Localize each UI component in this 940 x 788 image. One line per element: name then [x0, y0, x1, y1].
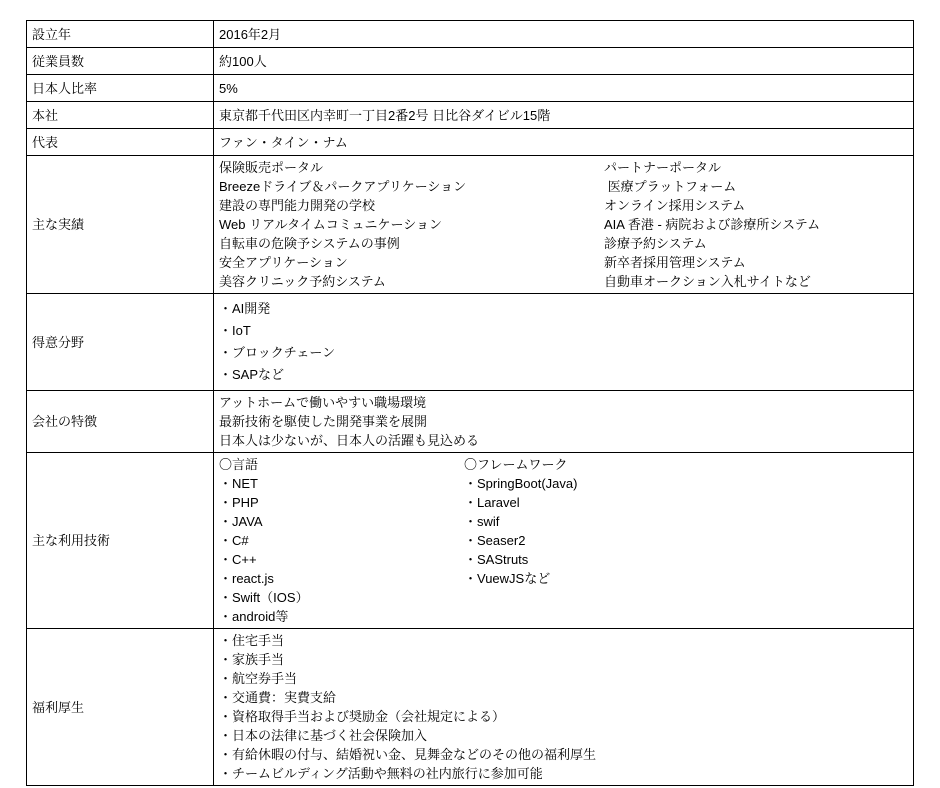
language-item: ・android等 [219, 607, 464, 626]
table-row-head-office: 本社 東京都千代田区内幸町一丁目2番2号 日比谷ダイビル15階 [27, 102, 914, 129]
framework-item: ・SpringBoot(Java) [464, 474, 909, 493]
language-item: ・react.js [219, 569, 464, 588]
framework-item: ・SAStruts [464, 550, 909, 569]
language-item: ・C# [219, 531, 464, 550]
table-row-founded-year: 設立年 2016年2月 [27, 21, 914, 48]
achievement-item: 自動車オークション入札サイトなど [604, 272, 909, 291]
table-row-japanese-ratio: 日本人比率 5% [27, 75, 914, 102]
language-item: ・NET [219, 474, 464, 493]
framework-item: ・swif [464, 512, 909, 531]
achievement-item: 美容クリニック予約システム [219, 272, 604, 291]
benefit-item: ・航空券手当 [219, 669, 909, 688]
achievement-item: オンライン採用システム [604, 196, 909, 215]
table-row-main-achievements: 主な実績 保険販売ポータル Breezeドライブ＆パークアプリケーション 建設の… [27, 156, 914, 294]
achievement-item: 診療予約システム [604, 234, 909, 253]
benefit-item: ・交通費：実費支給 [219, 688, 909, 707]
row-label-japanese-ratio: 日本人比率 [27, 75, 214, 102]
specialty-item: ・ブロックチェーン [219, 342, 909, 364]
achievement-item: 保険販売ポータル [219, 158, 604, 177]
achievement-item: Web リアルタイムコミュニケーション [219, 215, 604, 234]
benefit-item: ・家族手当 [219, 650, 909, 669]
specialty-item: ・IoT [219, 320, 909, 342]
feature-item: 日本人は少ないが、日本人の活躍も見込める [219, 431, 909, 450]
row-label-main-technologies: 主な利用技術 [27, 453, 214, 629]
achievements-column-left: 保険販売ポータル Breezeドライブ＆パークアプリケーション 建設の専門能力開… [219, 158, 604, 291]
achievements-column-right: パートナーポータル 医療プラットフォーム オンライン採用システム AIA 香港 … [604, 158, 909, 291]
company-profile-table: 設立年 2016年2月 従業員数 約100人 日本人比率 5% 本社 東京都千代… [26, 20, 914, 786]
benefit-item: ・有給休暇の付与、結婚祝い金、見舞金などのその他の福利厚生 [219, 745, 909, 764]
achievement-item: 安全アプリケーション [219, 253, 604, 272]
row-value-representative: ファン・タイン・ナム [214, 129, 914, 156]
benefit-item: ・日本の法律に基づく社会保険加入 [219, 726, 909, 745]
technologies-columns: 〇言語 ・NET ・PHP ・JAVA ・C# ・C++ ・react.js ・… [219, 455, 909, 626]
achievement-item: Breezeドライブ＆パークアプリケーション [219, 177, 604, 196]
row-value-japanese-ratio: 5% [214, 75, 914, 102]
table-row-specialty-fields: 得意分野 ・AI開発 ・IoT ・ブロックチェーン ・SAPなど [27, 294, 914, 391]
achievement-item: AIA 香港 - 病院および診療所システム [604, 215, 909, 234]
row-label-founded-year: 設立年 [27, 21, 214, 48]
specialty-item: ・SAPなど [219, 364, 909, 386]
benefit-item: ・住宅手当 [219, 631, 909, 650]
achievement-item: 新卒者採用管理システム [604, 253, 909, 272]
framework-item: ・VuewJSなど [464, 569, 909, 588]
languages-column: 〇言語 ・NET ・PHP ・JAVA ・C# ・C++ ・react.js ・… [219, 455, 464, 626]
row-value-company-features: アットホームで働いやすい職場環境 最新技術を駆使した開発事業を展開 日本人は少な… [214, 391, 914, 453]
row-label-employee-count: 従業員数 [27, 48, 214, 75]
table-row-welfare-benefits: 福利厚生 ・住宅手当 ・家族手当 ・航空券手当 ・交通費：実費支給 ・資格取得手… [27, 629, 914, 786]
company-profile: 設立年 2016年2月 従業員数 約100人 日本人比率 5% 本社 東京都千代… [26, 20, 914, 786]
table-row-employee-count: 従業員数 約100人 [27, 48, 914, 75]
benefit-item: ・チームビルディング活動や無料の社内旅行に参加可能 [219, 764, 909, 783]
achievement-item: 自転車の危険予システムの事例 [219, 234, 604, 253]
frameworks-column: 〇フレームワーク ・SpringBoot(Java) ・Laravel ・swi… [464, 455, 909, 588]
row-label-welfare-benefits: 福利厚生 [27, 629, 214, 786]
language-item: ・JAVA [219, 512, 464, 531]
row-value-specialty-fields: ・AI開発 ・IoT ・ブロックチェーン ・SAPなど [214, 294, 914, 391]
framework-item: ・Seaser2 [464, 531, 909, 550]
row-value-founded-year: 2016年2月 [214, 21, 914, 48]
row-value-main-achievements: 保険販売ポータル Breezeドライブ＆パークアプリケーション 建設の専門能力開… [214, 156, 914, 294]
row-label-company-features: 会社の特徴 [27, 391, 214, 453]
row-label-representative: 代表 [27, 129, 214, 156]
row-value-employee-count: 約100人 [214, 48, 914, 75]
row-value-main-technologies: 〇言語 ・NET ・PHP ・JAVA ・C# ・C++ ・react.js ・… [214, 453, 914, 629]
row-value-welfare-benefits: ・住宅手当 ・家族手当 ・航空券手当 ・交通費：実費支給 ・資格取得手当および奨… [214, 629, 914, 786]
feature-item: アットホームで働いやすい職場環境 [219, 393, 909, 412]
table-row-main-technologies: 主な利用技術 〇言語 ・NET ・PHP ・JAVA ・C# ・C++ ・rea… [27, 453, 914, 629]
row-label-main-achievements: 主な実績 [27, 156, 214, 294]
row-label-specialty-fields: 得意分野 [27, 294, 214, 391]
achievement-item: 医療プラットフォーム [604, 177, 909, 196]
achievement-item: 建設の専門能力開発の学校 [219, 196, 604, 215]
language-item: ・PHP [219, 493, 464, 512]
language-item: ・C++ [219, 550, 464, 569]
benefit-item: ・資格取得手当および奨励金（会社規定による） [219, 707, 909, 726]
specialty-item: ・AI開発 [219, 298, 909, 320]
framework-heading: 〇フレームワーク [464, 455, 909, 474]
framework-item: ・Laravel [464, 493, 909, 512]
feature-item: 最新技術を駆使した開発事業を展開 [219, 412, 909, 431]
row-value-head-office: 東京都千代田区内幸町一丁目2番2号 日比谷ダイビル15階 [214, 102, 914, 129]
row-label-head-office: 本社 [27, 102, 214, 129]
language-item: ・Swift（IOS） [219, 588, 464, 607]
language-heading: 〇言語 [219, 455, 464, 474]
achievements-columns: 保険販売ポータル Breezeドライブ＆パークアプリケーション 建設の専門能力開… [219, 158, 909, 291]
achievement-item: パートナーポータル [604, 158, 909, 177]
table-row-representative: 代表 ファン・タイン・ナム [27, 129, 914, 156]
table-row-company-features: 会社の特徴 アットホームで働いやすい職場環境 最新技術を駆使した開発事業を展開 … [27, 391, 914, 453]
